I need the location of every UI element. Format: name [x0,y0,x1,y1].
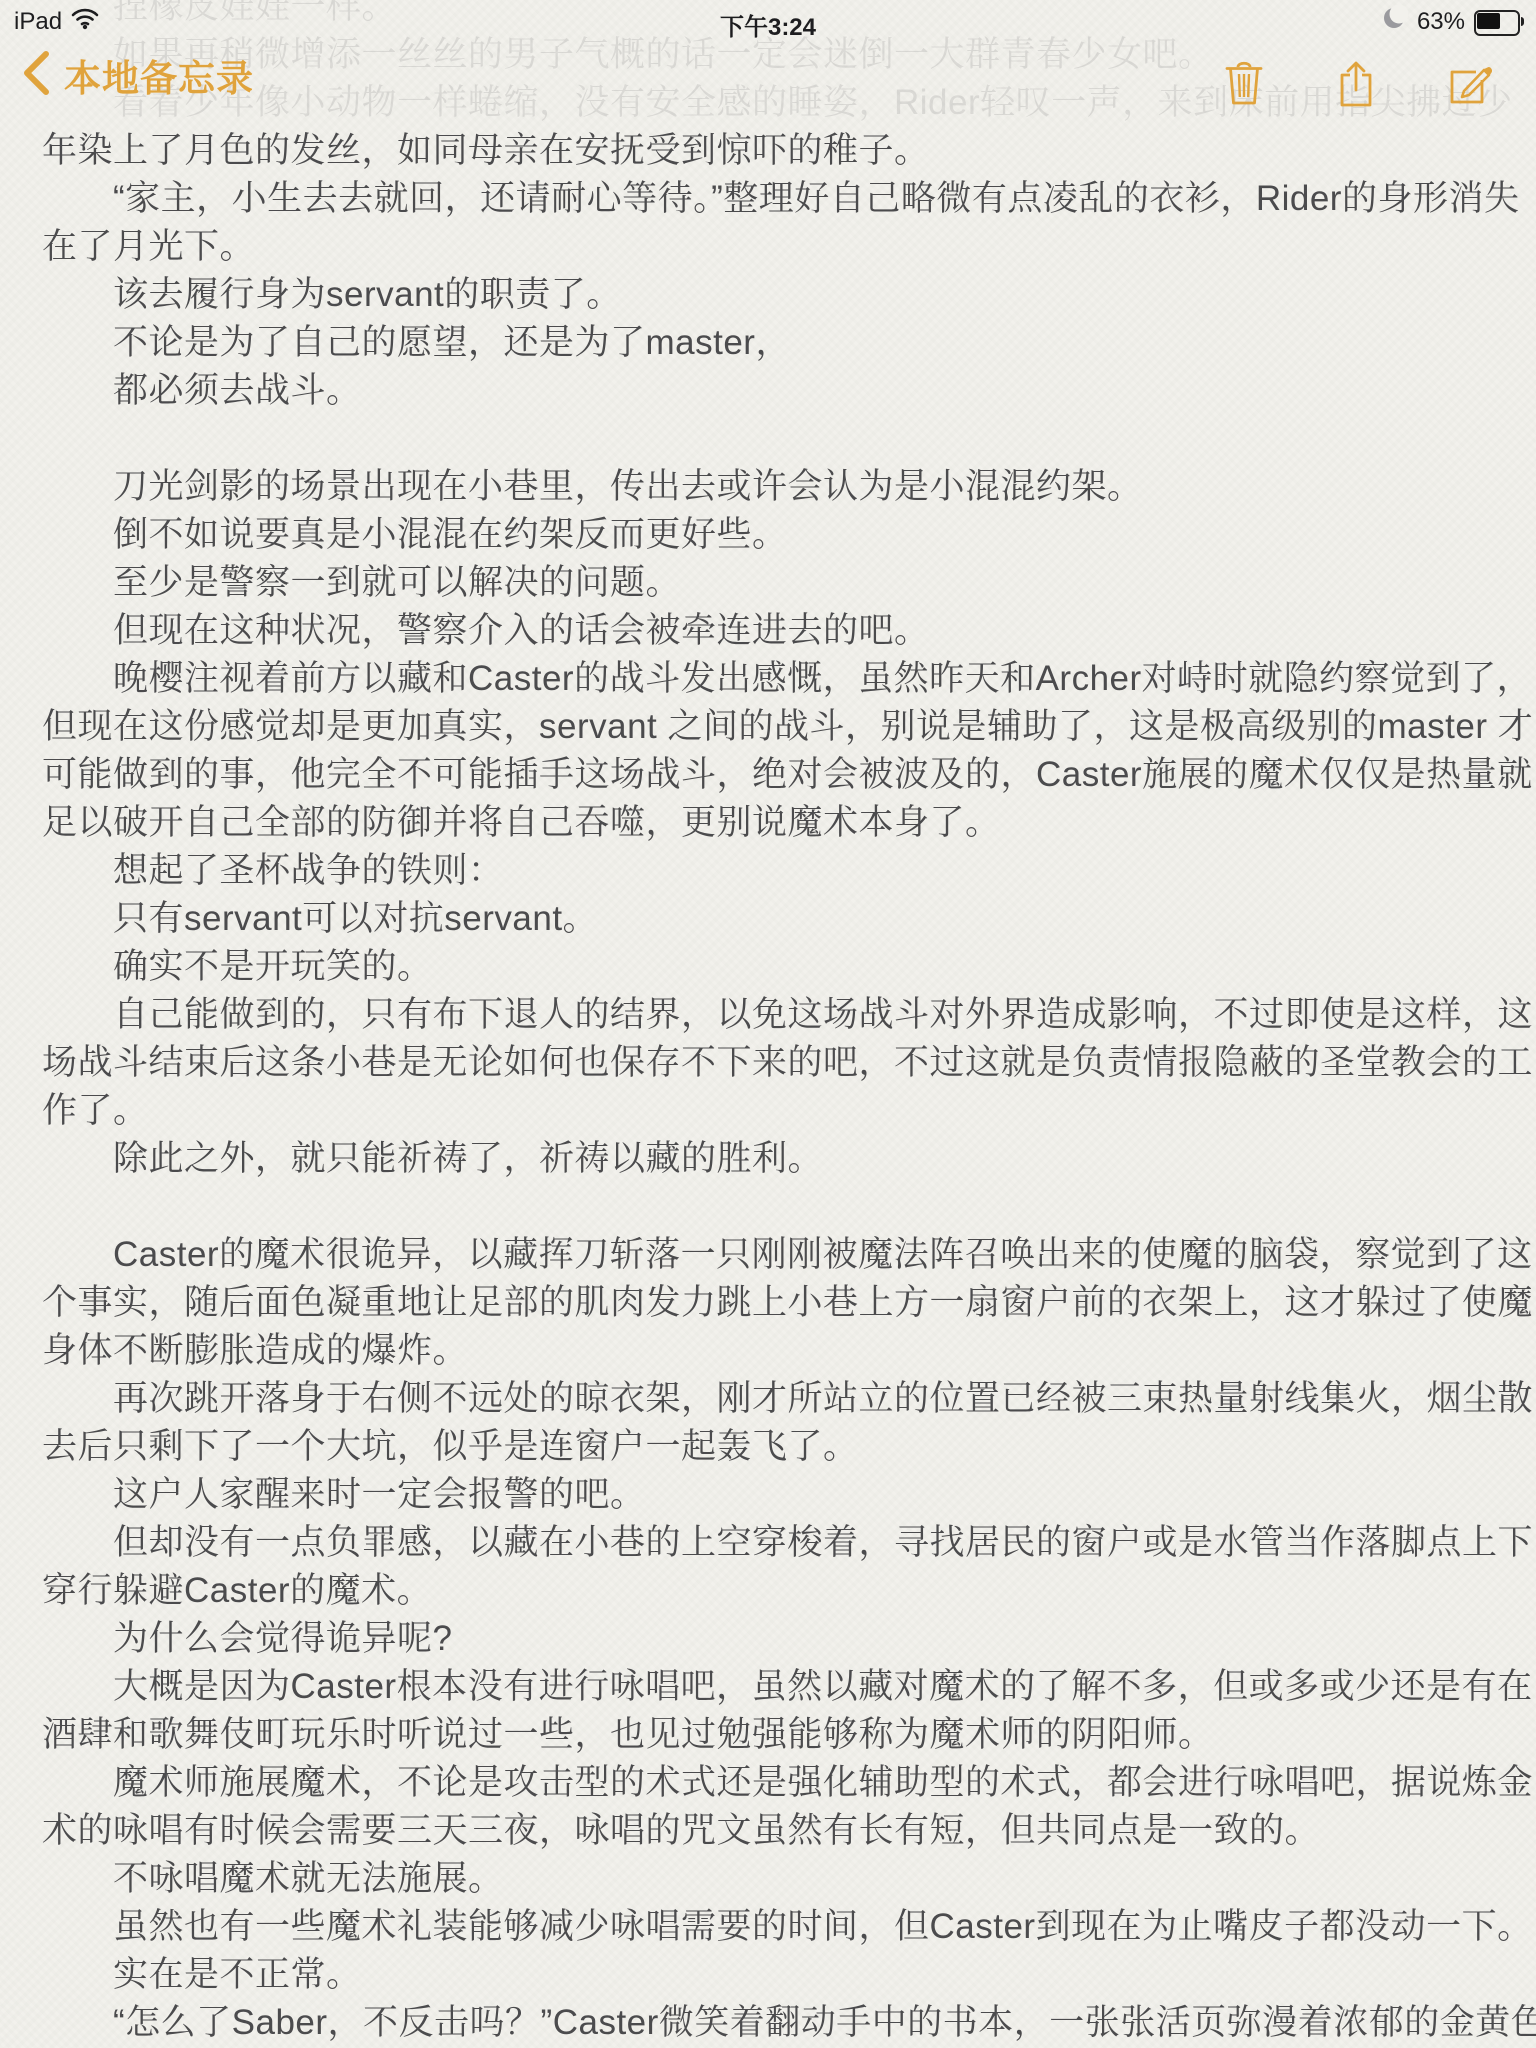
note-line: 这户人家醒来时一定会报警的吧。 [42,1471,1506,1519]
note-line: 酒肆和歌舞伎町玩乐时听说过一些，也见过勉强能够称为魔术师的阴阳师。 [42,1711,1506,1759]
note-line: 魔术师施展魔术，不论是攻击型的术式还是强化辅助型的术式，都会进行咏唱吧，据说炼金 [42,1759,1506,1807]
note-line: 该去履行身为servant的职责了。 [42,271,1506,319]
nav-bar: 本地备忘录 [0,40,1536,112]
note-line: 不咏唱魔术就无法施展。 [42,1855,1506,1903]
note-line [42,1183,1506,1231]
note-line: 可能做到的事，他完全不可能插手这场战斗，绝对会被波及的，Caster施展的魔术仅… [42,751,1506,799]
note-line: “家主，小生去去就回，还请耐心等待。”整理好自己略微有点凌乱的衣衫，Rider的… [42,175,1506,223]
trash-icon[interactable] [1224,60,1264,111]
note-line: 身体不断膨胀造成的爆炸。 [42,1327,1506,1375]
note-line: 自己能做到的，只有布下退人的结界，以免这场战斗对外界造成影响，不过即使是这样，这 [42,991,1506,1039]
note-line: 穿行躲避Caster的魔术。 [42,1567,1506,1615]
note-line: 术的咏唱有时候会需要三天三夜，咏唱的咒文虽然有长有短，但共同点是一致的。 [42,1807,1506,1855]
note-line: 足以破开自己全部的防御并将自己吞噬，更别说魔术本身了。 [42,799,1506,847]
note-line: 个事实，随后面色凝重地让足部的肌肉发力跳上小巷上方一扇窗户前的衣架上，这才躲过了… [42,1279,1506,1327]
note-line: 去后只剩下了一个大坑，似乎是连窗户一起轰飞了。 [42,1423,1506,1471]
note-line: 确实不是开玩笑的。 [42,943,1506,991]
back-button[interactable]: 本地备忘录 [22,48,254,102]
note-line [42,415,1506,463]
note-line: 倒不如说要真是小混混在约架反而更好些。 [42,511,1506,559]
note-line: “怎么了Saber，不反击吗？”Caster微笑着翻动手中的书本，一张张活页弥漫… [42,1999,1506,2047]
share-icon[interactable] [1336,60,1376,113]
compose-icon[interactable] [1446,60,1494,113]
status-bar: iPad 下午3:24 63% [0,0,1536,40]
note-line: 年染上了月色的发丝，如同母亲在安抚受到惊吓的稚子。 [42,127,1506,175]
battery-icon [1474,9,1524,34]
note-line: 但却没有一点负罪感，以藏在小巷的上空穿梭着，寻找居民的窗户或是水管当作落脚点上下 [42,1519,1506,1567]
back-chevron-icon [22,50,50,101]
note-line: 不论是为了自己的愿望，还是为了master， [42,319,1506,367]
status-time: 下午3:24 [0,7,1536,42]
note-line: 但现在这份感觉却是更加真实，servant 之间的战斗，别说是辅助了，这是极高级… [42,703,1506,751]
note-line: 在了月光下。 [42,223,1506,271]
note-line: 再次跳开落身于右侧不远处的晾衣架，刚才所站立的位置已经被三束热量射线集火，烟尘散 [42,1375,1506,1423]
note-line: 除此之外，就只能祈祷了，祈祷以藏的胜利。 [42,1135,1506,1183]
note-line: 实在是不正常。 [42,1951,1506,1999]
back-button-label: 本地备忘录 [64,48,254,102]
notes-app-screen: 捏橡皮娃娃一样。 如果再稍微增添一丝丝的男子气概的话一定会迷倒一大群青春少女吧。… [0,0,1536,2048]
note-line: 但现在这种状况，警察介入的话会被牵连进去的吧。 [42,607,1506,655]
note-line: 晚樱注视着前方以藏和Caster的战斗发出感慨，虽然昨天和Archer对峙时就隐… [42,655,1506,703]
note-line: 想起了圣杯战争的铁则： [42,847,1506,895]
note-line: Caster的魔术很诡异，以藏挥刀斩落一只刚刚被魔法阵召唤出来的使魔的脑袋，察觉… [42,1231,1506,1279]
note-lines[interactable]: 捏橡皮娃娃一样。 如果再稍微增添一丝丝的男子气概的话一定会迷倒一大群青春少女吧。… [42,0,1506,2047]
note-line: 虽然也有一些魔术礼装能够减少咏唱需要的时间，但Caster到现在为止嘴皮子都没动… [42,1903,1506,1951]
do-not-disturb-moon-icon [1382,5,1408,38]
note-line: 只有servant可以对抗servant。 [42,895,1506,943]
battery-percent: 63% [1417,8,1465,36]
note-line: 至少是警察一到就可以解决的问题。 [42,559,1506,607]
note-line: 作了。 [42,1087,1506,1135]
note-line: 为什么会觉得诡异呢? [42,1615,1506,1663]
note-line: 大概是因为Caster根本没有进行咏唱吧，虽然以藏对魔术的了解不多，但或多或少还… [42,1663,1506,1711]
note-line: 都必须去战斗。 [42,367,1506,415]
note-line: 场战斗结束后这条小巷是无论如何也保存不下来的吧，不过这就是负责情报隐蔽的圣堂教会… [42,1039,1506,1087]
note-line: 刀光剑影的场景出现在小巷里，传出去或许会认为是小混混约架。 [42,463,1506,511]
